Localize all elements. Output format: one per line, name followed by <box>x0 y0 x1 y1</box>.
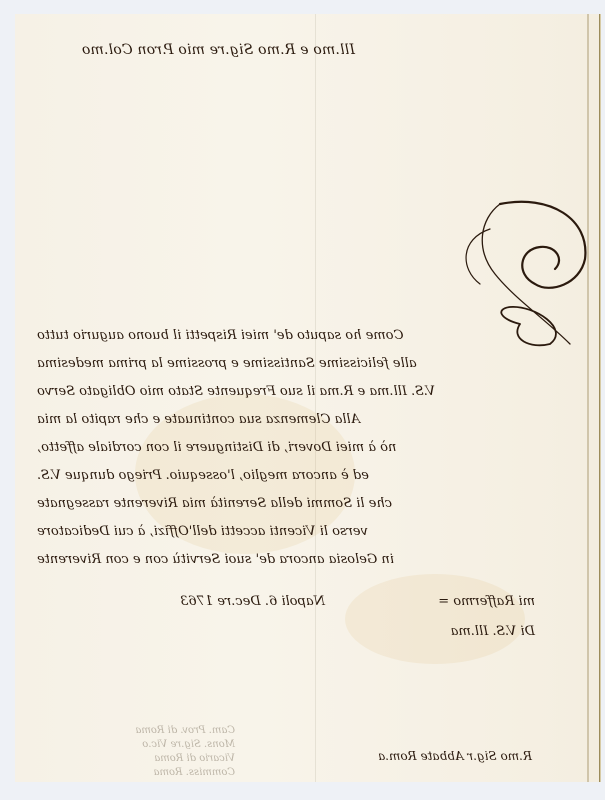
body-line: alle felicissime Santissime e prossime l… <box>27 350 597 378</box>
letter-header: Ill.mo e R.mo Sig.re mio P.ron Col.mo <box>125 42 355 58</box>
body-line: in Gelosia ancora de' suoi Servitù con e… <box>27 546 597 574</box>
body-line: V.S. Ill.ma e R.ma il suo Frequente Stat… <box>27 378 597 406</box>
body-line: che li Sommi della Serenità mia Riverent… <box>27 490 597 518</box>
body-line: nò à miei Doveri, di Distinguere il con … <box>27 434 597 462</box>
faded-bleedthrough-notes: Cam. Prov. di Roma Mons. Sig.re Vic.o Vi… <box>35 724 235 780</box>
body-line: Come ho saputo de' miei Rispetti il buon… <box>27 322 597 350</box>
faded-note: Mons. Sig.re Vic.o <box>35 738 235 752</box>
body-line: Alla Clemenza sua continuate e che rapit… <box>27 406 597 434</box>
letter-page: Ill.mo e R.mo Sig.re mio P.ron Col.mo Co… <box>15 14 599 782</box>
addressee-signature: R.mo Sig.r Abbate Rom.a <box>345 749 565 763</box>
body-line: verso li Vicenti accetti dell'Offizi, à … <box>27 518 597 546</box>
paper-stain <box>345 574 525 664</box>
faded-note: Cam. Prov. di Roma <box>35 724 235 738</box>
letter-body: Come ho saputo de' miei Rispetti il buon… <box>27 322 597 574</box>
faded-note: Commiss. Roma <box>35 766 235 780</box>
closing-formula: mi Raffermo = <box>438 594 535 609</box>
faded-note: Vicario di Roma <box>35 752 235 766</box>
place-date: Napoli 6. Dec.re 1763 <box>180 594 325 609</box>
salutation: Di V.S. Ill.ma <box>451 624 535 639</box>
body-line: ed è ancora meglio, l'ossequio. Priego d… <box>27 462 597 490</box>
